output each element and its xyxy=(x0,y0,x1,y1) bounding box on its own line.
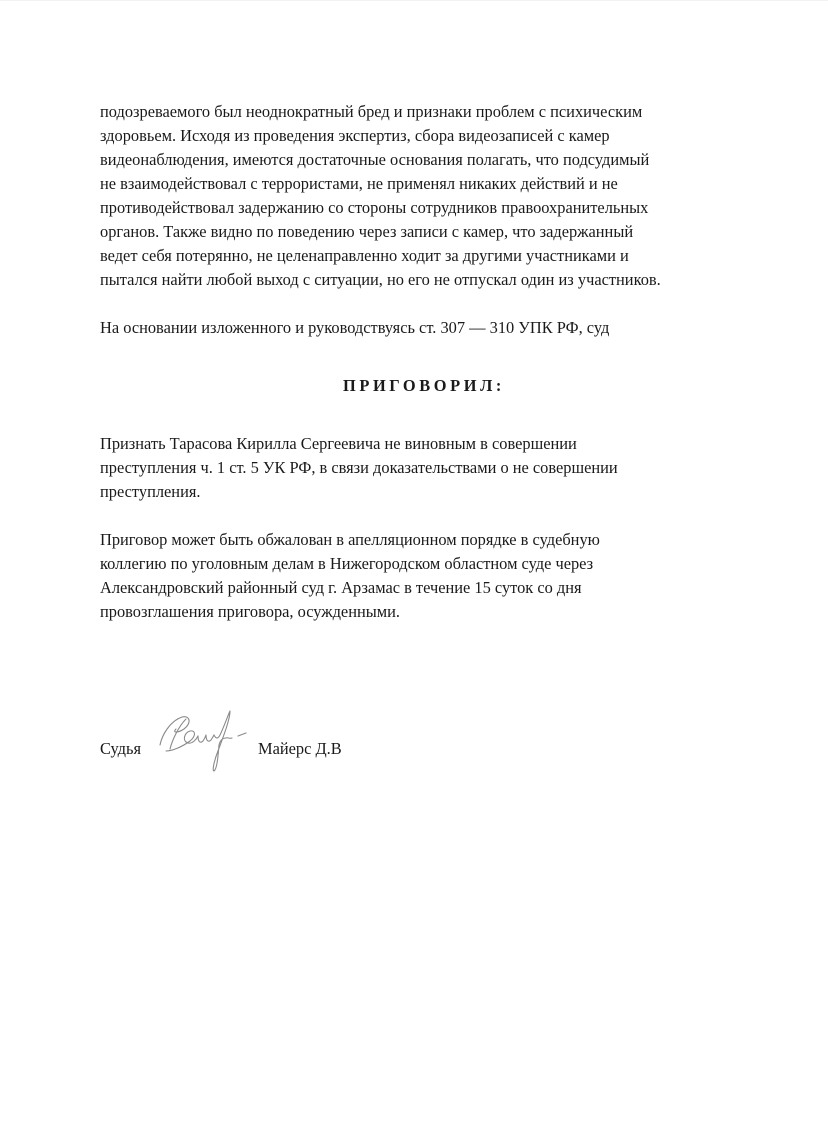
verdict-heading: ПРИГОВОРИЛ: xyxy=(100,374,740,398)
paragraph-appeal: Приговор может быть обжалован в апелляци… xyxy=(100,528,740,624)
judge-name: Майерс Д.В xyxy=(258,739,342,759)
document-body: подозреваемого был неоднократный бред и … xyxy=(100,100,740,624)
signature-icon xyxy=(156,705,252,777)
paragraph-legal-basis: На основании изложенного и руководствуяс… xyxy=(100,316,740,340)
judge-label: Судья xyxy=(100,739,141,759)
paragraph-circumstances: подозреваемого был неоднократный бред и … xyxy=(100,100,740,292)
paragraph-verdict: Признать Тарасова Кирилла Сергеевича не … xyxy=(100,432,740,504)
